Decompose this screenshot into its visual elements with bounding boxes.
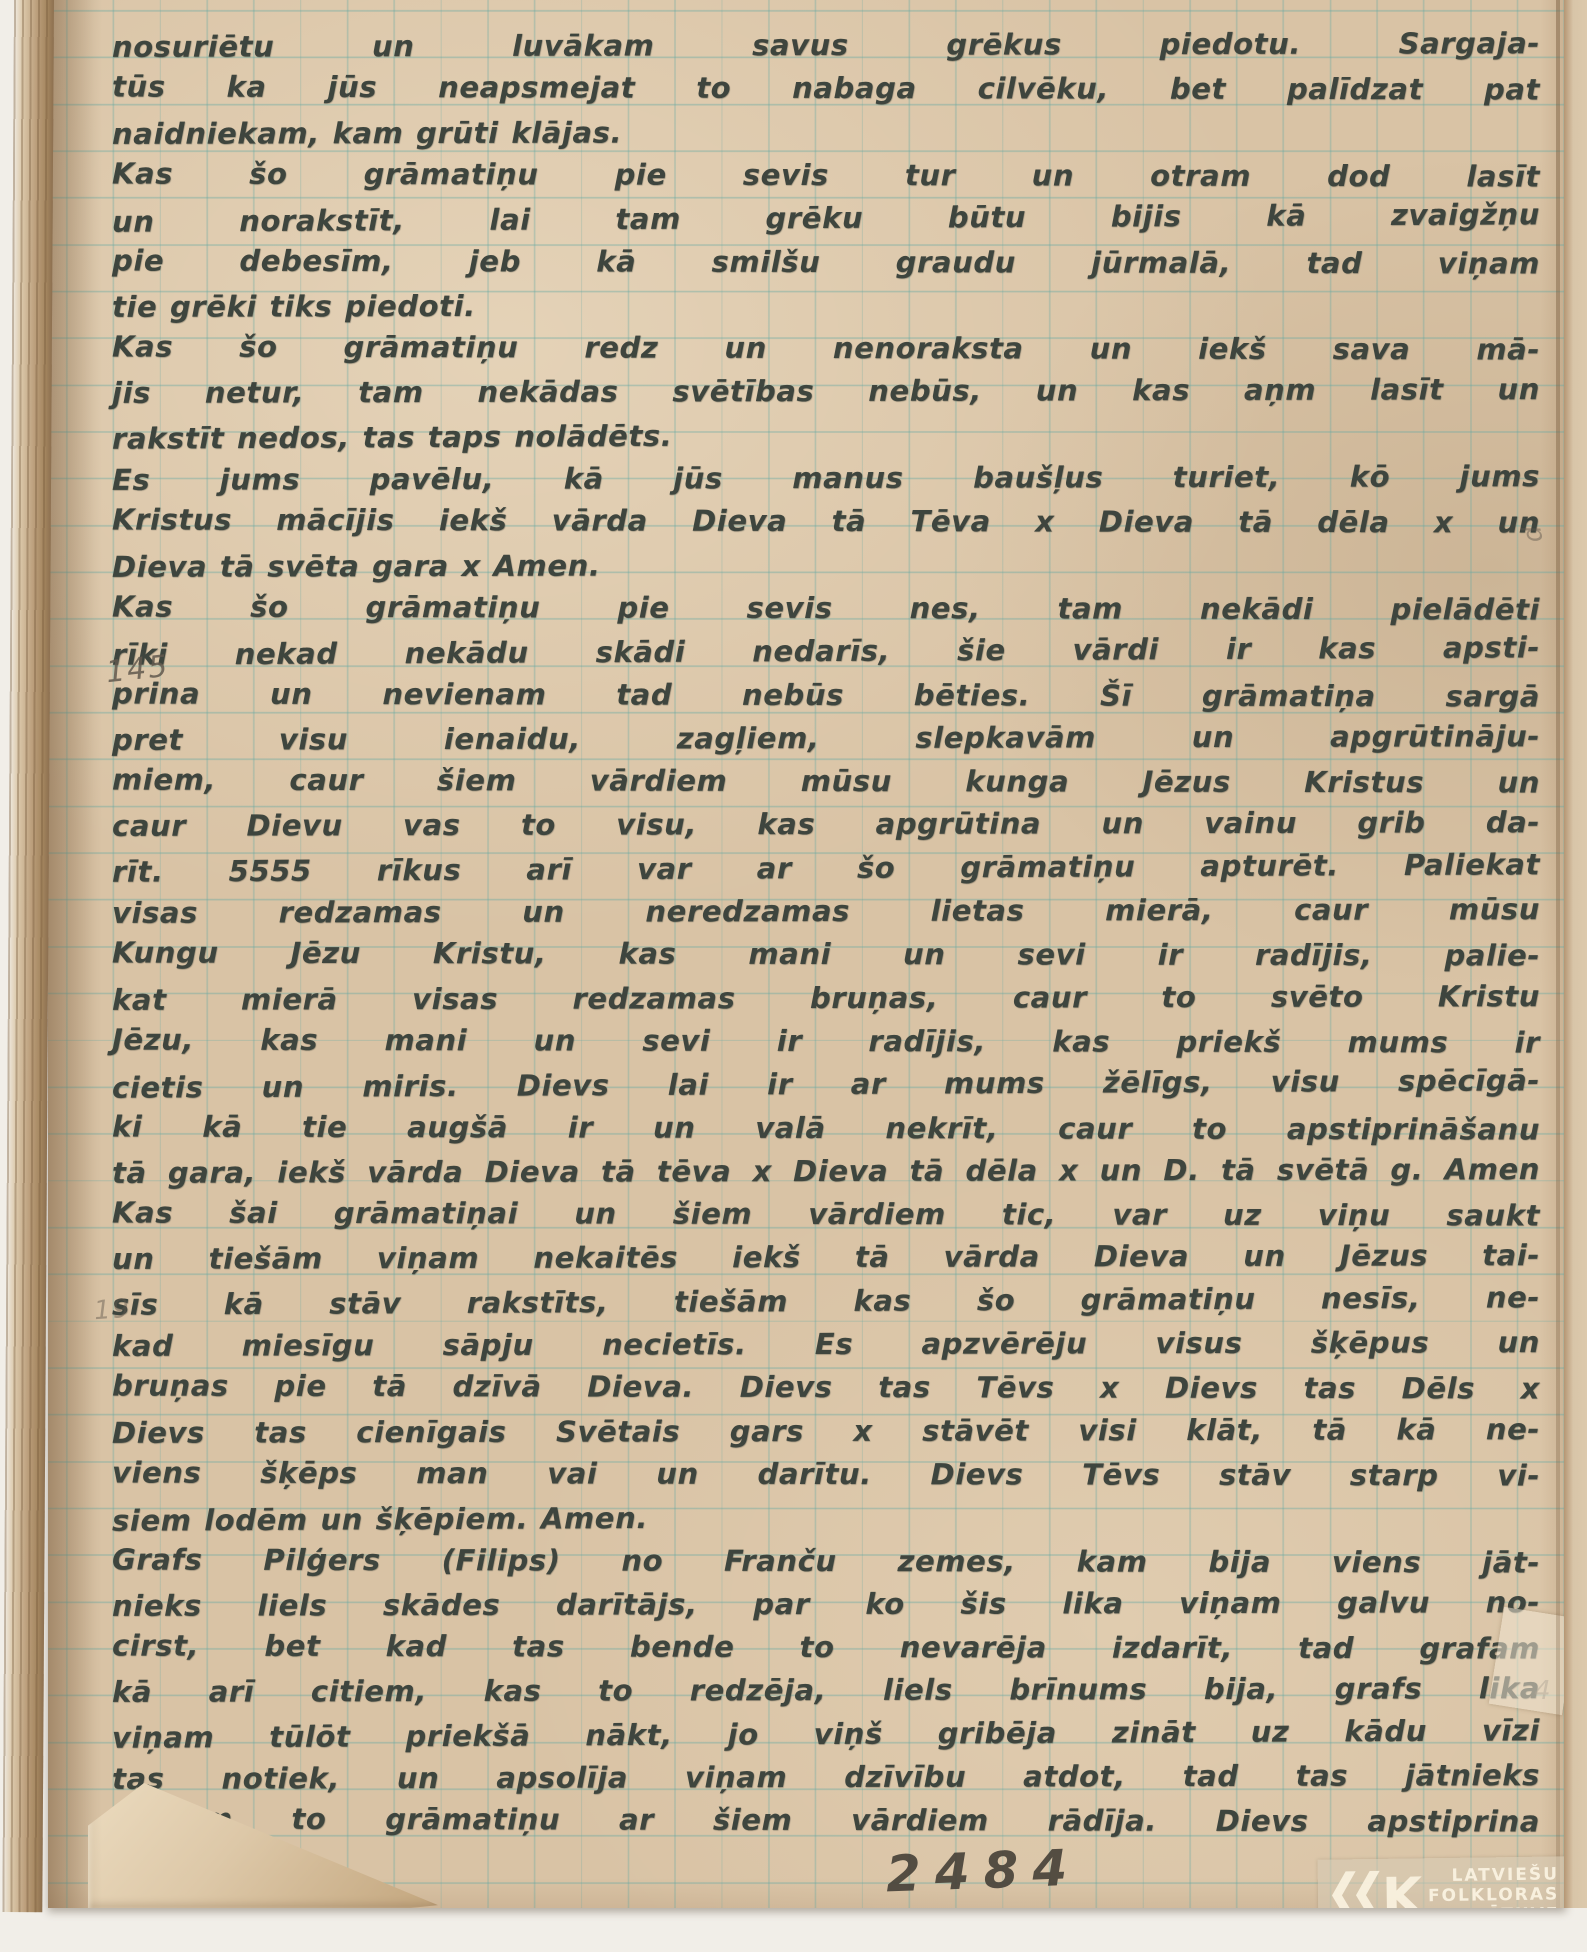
manuscript-line: kā arī citiem, kas to redzēja, liels brī… (112, 1668, 1540, 1714)
manuscript-line: jis netur, tam nekādas svētības nebūs, u… (112, 369, 1540, 415)
manuscript-line: miem, caur šiem vārdiem mūsu kunga Jēzus… (112, 759, 1540, 804)
manuscript-line: un tiešām viņam nekaitēs iekš tā vārda D… (112, 1235, 1540, 1281)
manuscript-line: naidniekam, kam grūti klājas. (112, 109, 1540, 155)
manuscript-line: sīs kā stāv rakstīts, tiešām kas šo grām… (112, 1276, 1540, 1325)
manuscript-line: prina un nevienam tad nebūs bēties. Šī g… (112, 672, 1540, 717)
manuscript-line: visas redzamas un neredzamas lietas mier… (112, 888, 1540, 934)
manuscript-line: kad miesīgu sāpju necietīs. Es apzvērēju… (112, 1321, 1540, 1367)
manuscript-line: tas notiek, un apsolīja viņam dzīvību at… (112, 1754, 1540, 1800)
manuscript-line: viņam tūlōt priekšā nākt, jo viņš gribēj… (112, 1709, 1540, 1758)
manuscript-line: nosuriētu un luvākam savus grēkus piedot… (112, 22, 1540, 68)
manuscript-line: pret visu ienaidu, zagļiem, slepkavām un… (112, 715, 1540, 761)
manuscript-line: Jēzu, kas mani un sevi ir radījis, kas p… (112, 1018, 1540, 1063)
manuscript-line: Kas šo grāmatiņu redz un nenoraksta un i… (112, 326, 1540, 371)
chevron-k-logo-icon: K (1324, 1866, 1429, 1908)
manuscript-line: cietis un miris. Dievs lai ir ar mums žē… (112, 1059, 1540, 1108)
manuscript-line: Kas šo grāmatiņu pie sevis nes, tam nekā… (112, 585, 1540, 630)
archive-watermark: K LATVIEŠU FOLKLORAS KRĀTUVE (1317, 1856, 1566, 1908)
manuscript-line: kat mierā visas redzamas bruņas, caur to… (112, 975, 1540, 1021)
pencil-page-number: 2484 (885, 1839, 1082, 1904)
manuscript-line: caur Dievu vas to visu, kas apgrūtina un… (112, 802, 1540, 848)
manuscript-line: un norakstīt, lai tam grēku būtu bijis k… (112, 193, 1540, 242)
manuscript-line: bruņas pie tā dzīvā Dieva. Dievs tas Tēv… (112, 1365, 1540, 1410)
manuscript-line: rīki nekad nekādu skādi nedarīs, šie vār… (112, 626, 1540, 675)
page-edge-crease (1556, 0, 1560, 1908)
manuscript-line: Es jums pavēlu, kā jūs manus baušļus tur… (112, 455, 1540, 501)
notebook-sheet-stack-edge (2, 0, 54, 1912)
manuscript-line: viens šķēps man vai un darītu. Dievs Tēv… (112, 1451, 1540, 1496)
manuscript-line: tā gara, iekš vārda Dieva tā tēva x Diev… (112, 1148, 1540, 1194)
margin-mark-left-upper: 145 (104, 649, 171, 690)
manuscript-line: grafam to grāmatiņu ar šiem vārdiem rādī… (112, 1798, 1540, 1843)
manuscript-line: Kas šo grāmatiņu pie sevis tur un otram … (112, 152, 1540, 197)
manuscript-line: rakstīt nedos, tas taps nolādēts. (112, 410, 1540, 459)
next-sheet-edge (1564, 0, 1587, 1908)
manuscript-line: siem lodēm un šķēpiem. Amen. (112, 1492, 1540, 1541)
manuscript-line: ki kā tie augšā ir un valā nekrīt, caur … (112, 1105, 1540, 1150)
manuscript-line: Dievs tas cienīgais Svētais gars x stāvē… (112, 1408, 1540, 1454)
watermark-line-3: KRĀTUVE (1457, 1904, 1560, 1908)
archive-watermark-text: LATVIEŠU FOLKLORAS KRĀTUVE (1428, 1864, 1566, 1908)
watermark-line-1: LATVIEŠU (1451, 1864, 1559, 1885)
manuscript-page: nosuriētu un luvākam savus grēkus piedot… (48, 0, 1566, 1908)
watermark-line-2: FOLKLORAS (1428, 1884, 1560, 1906)
manuscript-line: pie debesīm, jeb kā smilšu graudu jūrmal… (112, 239, 1540, 284)
manuscript-line: tie grēki tiks piedoti. (112, 282, 1540, 328)
manuscript-line: Kristus mācījis iekš vārda Dieva tā Tēva… (112, 499, 1540, 544)
handwritten-text-block: nosuriētu un luvākam savus grēkus piedot… (48, 0, 1566, 1908)
manuscript-line: nieks liels skādes darītājs, par ko šis … (112, 1581, 1540, 1627)
manuscript-line: Dieva tā svēta gara x Amen. (112, 542, 1540, 588)
manuscript-line: tūs ka jūs neapsmejat to nabaga cilvēku,… (112, 66, 1540, 111)
manuscript-line: rīt. 5555 rīkus arī var ar šo grāmatiņu … (112, 843, 1540, 892)
manuscript-line: Kas šai grāmatiņai un šiem vārdiem tic, … (112, 1192, 1540, 1237)
manuscript-line: Grafs Pilģers (Filips) no Franču zemes, … (112, 1538, 1540, 1583)
svg-text:K: K (1382, 1867, 1425, 1908)
manuscript-line: cirst, bet kad tas bende to nevarēja izd… (112, 1625, 1540, 1670)
manuscript-line: Kungu Jēzu Kristu, kas mani un sevi ir r… (112, 932, 1540, 977)
margin-mark-left-lower: 19 (93, 1294, 132, 1327)
